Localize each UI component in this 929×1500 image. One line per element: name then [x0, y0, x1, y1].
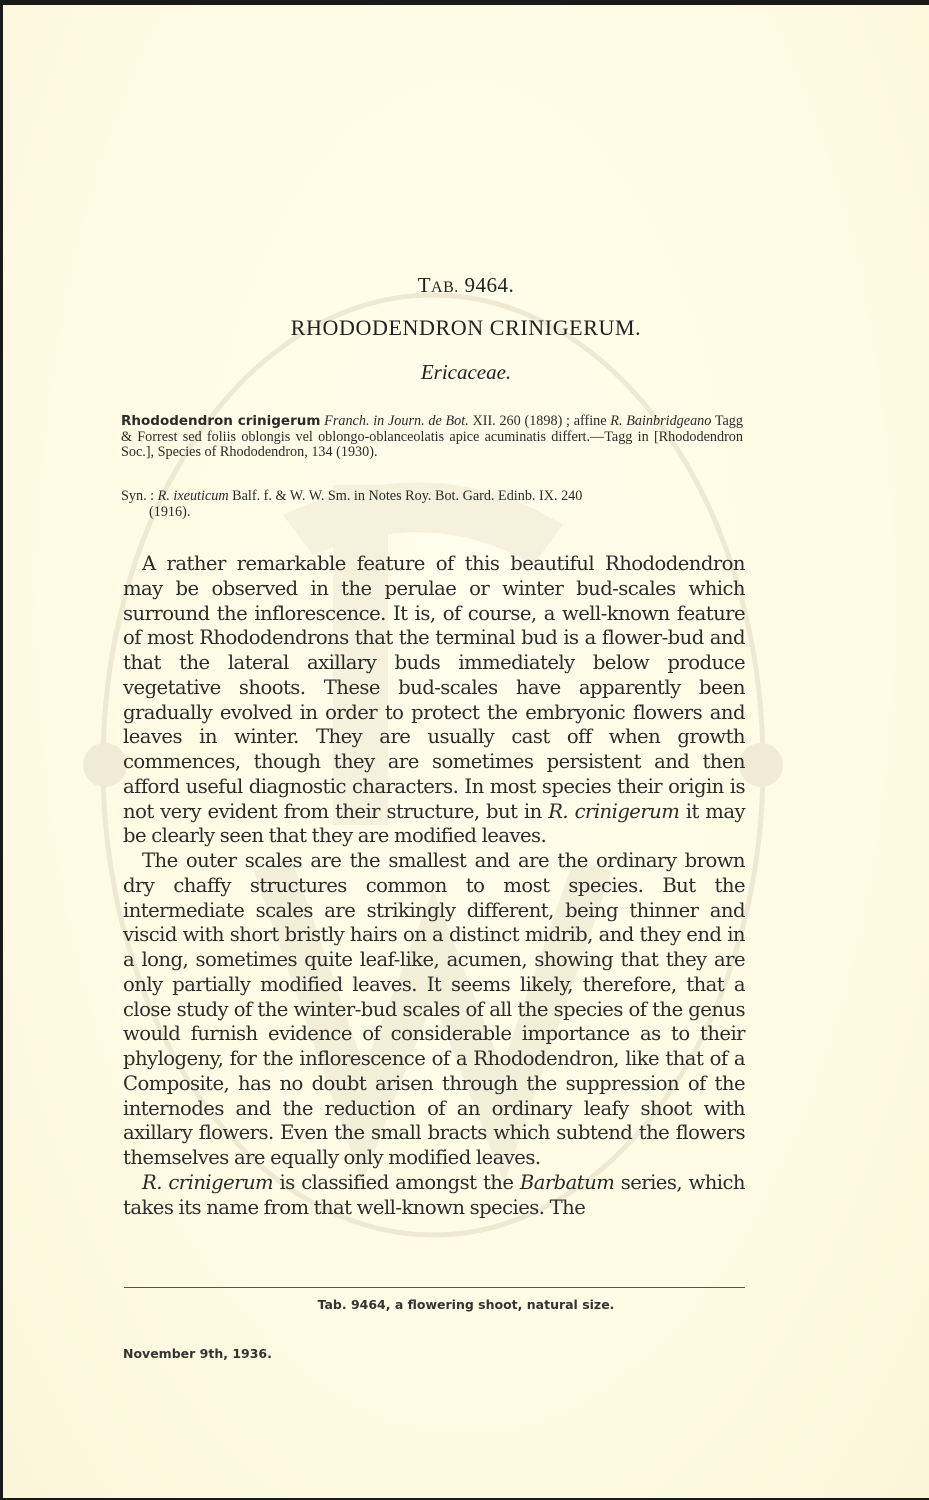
plate-caption: Tab. 9464, a flowering shoot, natural si… [3, 1297, 929, 1312]
publication-date: November 9th, 1936. [123, 1346, 272, 1361]
species-name: Rhododendron crinigerum [121, 413, 320, 429]
synonym-citation: Syn. : R. ixeuticum Balf. f. & W. W. Sm.… [121, 489, 743, 520]
document-page: TAB. 9464. RHODODENDRON CRINIGERUM. Eric… [3, 5, 929, 1498]
plate-number: TAB. 9464. [3, 273, 929, 298]
paragraph-1: A rather remarkable feature of this beau… [123, 552, 745, 849]
paragraph-2: The outer scales are the smallest and ar… [123, 849, 745, 1171]
botanical-citation: Rhododendron crinigerum Franch. in Journ… [121, 414, 743, 461]
paragraph-3: R. crinigerum is classified amongst the … [123, 1171, 745, 1221]
footnote-divider [124, 1287, 745, 1288]
family-name: Ericaceae. [3, 360, 929, 385]
body-text: A rather remarkable feature of this beau… [123, 552, 745, 1220]
species-title: RHODODENDRON CRINIGERUM. [3, 315, 929, 341]
article: TAB. 9464. RHODODENDRON CRINIGERUM. Eric… [3, 5, 929, 1498]
